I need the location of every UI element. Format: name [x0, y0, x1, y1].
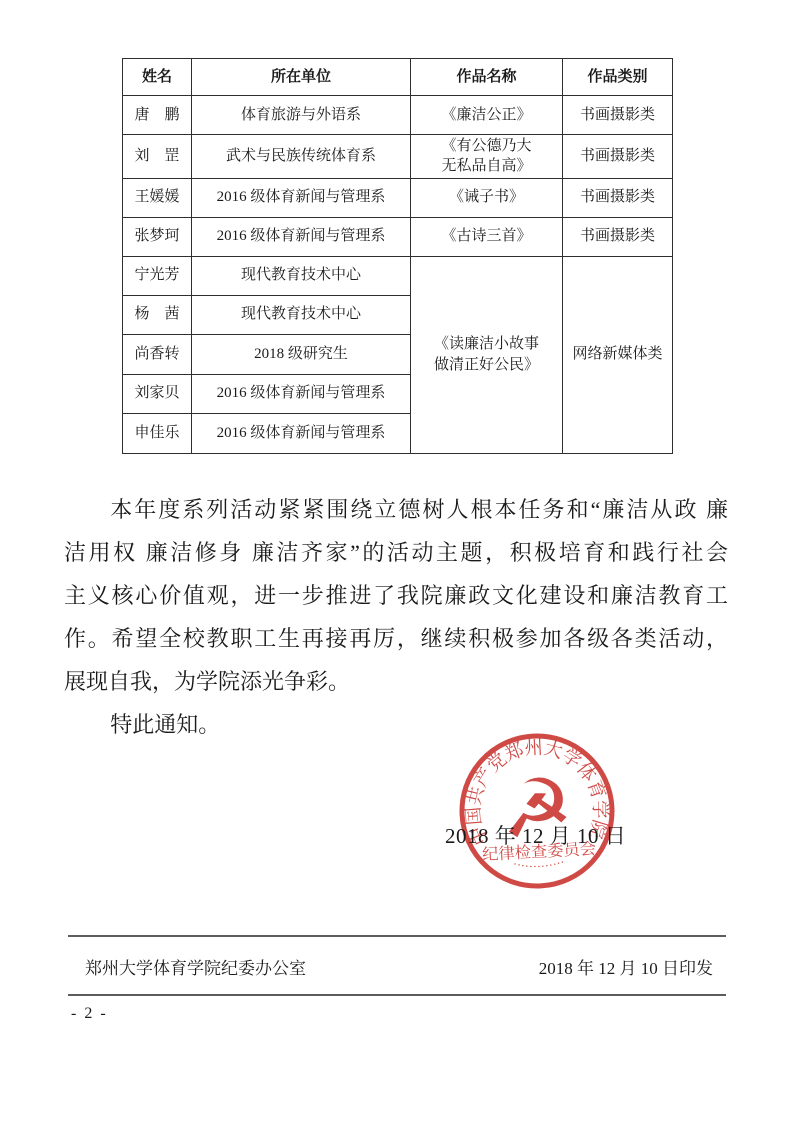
cell-work: 《古诗三首》: [411, 217, 563, 256]
body-line: 洁用权 廉洁修身 廉洁齐家”的活动主题，积极培育和践行社会: [64, 531, 728, 574]
cell-category: 书画摄影类: [563, 178, 673, 217]
cell-unit: 2016 级体育新闻与管理系: [192, 374, 411, 413]
cell-unit: 2018 级研究生: [192, 334, 411, 374]
closing-line: 特此通知。: [64, 703, 728, 746]
header-name: 姓名: [123, 59, 192, 96]
cell-unit: 现代教育技术中心: [192, 256, 411, 295]
cell-category: 书画摄影类: [563, 217, 673, 256]
cell-work: 《诫子书》: [411, 178, 563, 217]
notice-date: 2018 年 12 月 10 日: [445, 820, 645, 850]
cell-unit: 现代教育技术中心: [192, 295, 411, 334]
page-number: - 2 -: [71, 1005, 108, 1023]
body-line: 作。希望全校教职工生再接再厉，继续积极参加各级各类活动，: [64, 617, 728, 660]
footer-issuer: 郑州大学体育学院纪委办公室: [68, 954, 306, 979]
cell-name: 杨 茜: [123, 295, 192, 334]
cell-name: 刘 罡: [123, 135, 192, 179]
table-header-row: 姓名 所在单位 作品名称 作品类别: [123, 59, 673, 96]
body-line: 展现自我，为学院添光争彩。: [64, 660, 728, 703]
table-row: 刘 罡 武术与民族传统体育系 《有公德乃大 无私品自高》 书画摄影类: [123, 135, 673, 179]
cell-name: 王媛媛: [123, 178, 192, 217]
cell-name: 申佳乐: [123, 413, 192, 453]
document-page: 姓名 所在单位 作品名称 作品类别 唐 鹏 体育旅游与外语系 《廉洁公正》 书画…: [0, 0, 793, 1122]
cell-name: 尚香转: [123, 334, 192, 374]
cell-unit: 武术与民族传统体育系: [192, 135, 411, 179]
cell-work-merged: 《读廉洁小故事 做清正好公民》: [411, 256, 563, 453]
cell-unit: 体育旅游与外语系: [192, 96, 411, 135]
cell-category-merged: 网络新媒体类: [563, 256, 673, 453]
cell-category: 书画摄影类: [563, 135, 673, 179]
table-row: 张梦珂 2016 级体育新闻与管理系 《古诗三首》 书画摄影类: [123, 217, 673, 256]
header-work-category: 作品类别: [563, 59, 673, 96]
cell-category: 书画摄影类: [563, 96, 673, 135]
footer-print-date: 2018 年 12 月 10 日印发: [539, 954, 726, 979]
cell-unit: 2016 级体育新闻与管理系: [192, 217, 411, 256]
cell-name: 宁光芳: [123, 256, 192, 295]
table-row: 王媛媛 2016 级体育新闻与管理系 《诫子书》 书画摄影类: [123, 178, 673, 217]
seal-graphic: 中国共产党郑州大学体育学院 ☭ 纪律检查委员会 •••••••••••••: [454, 728, 620, 894]
body-line: 主义核心价值观，进一步推进了我院廉政文化建设和廉洁教育工: [64, 574, 728, 617]
cell-name: 张梦珂: [123, 217, 192, 256]
cell-work: 《有公德乃大 无私品自高》: [411, 135, 563, 179]
official-seal: 中国共产党郑州大学体育学院 ☭ 纪律检查委员会 •••••••••••••: [454, 728, 620, 894]
cell-name: 刘家贝: [123, 374, 192, 413]
cell-work: 《廉洁公正》: [411, 96, 563, 135]
notice-body: 本年度系列活动紧紧围绕立德树人根本任务和“廉洁从政 廉 洁用权 廉洁修身 廉洁齐…: [64, 488, 728, 746]
awards-table: 姓名 所在单位 作品名称 作品类别 唐 鹏 体育旅游与外语系 《廉洁公正》 书画…: [122, 58, 673, 454]
cell-unit: 2016 级体育新闻与管理系: [192, 413, 411, 453]
cell-unit: 2016 级体育新闻与管理系: [192, 178, 411, 217]
footer: 郑州大学体育学院纪委办公室 2018 年 12 月 10 日印发: [68, 948, 726, 984]
footer-rule-bottom: [68, 994, 726, 996]
footer-rule-top: [68, 935, 726, 937]
body-line: 本年度系列活动紧紧围绕立德树人根本任务和“廉洁从政 廉: [64, 488, 728, 531]
table-row: 唐 鹏 体育旅游与外语系 《廉洁公正》 书画摄影类: [123, 96, 673, 135]
cell-name: 唐 鹏: [123, 96, 192, 135]
header-work-title: 作品名称: [411, 59, 563, 96]
header-unit: 所在单位: [192, 59, 411, 96]
table-row: 宁光芳 现代教育技术中心 《读廉洁小故事 做清正好公民》 网络新媒体类: [123, 256, 673, 295]
